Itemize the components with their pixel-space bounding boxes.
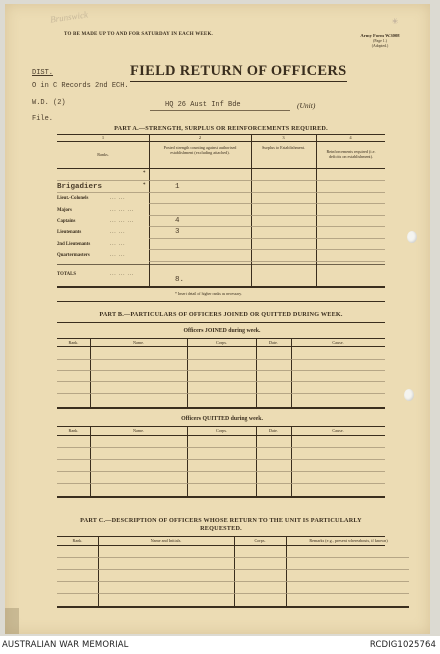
rule — [57, 496, 385, 498]
top-note: TO BE MADE UP TO AND FOR SATURDAY IN EAC… — [64, 32, 213, 37]
rule — [57, 264, 385, 265]
row-line — [57, 459, 385, 460]
rule — [57, 141, 385, 142]
column-header: Name. — [90, 340, 187, 345]
rank-label: Quartermasters — [57, 253, 90, 258]
form-number: Army Form W.3008 (Page 1.) (Adopted.) — [350, 33, 410, 50]
column-number: 2 — [149, 135, 251, 140]
punch-hole — [407, 231, 417, 243]
posted-value: 4 — [175, 217, 180, 225]
column-header: Rank. — [57, 428, 90, 433]
rule — [57, 407, 385, 409]
quitted-heading: Officers QUITTED during week. — [57, 416, 387, 422]
page-title: FIELD RETURN OF OFFICERS — [130, 63, 347, 82]
column-number: 1 — [57, 135, 149, 140]
column-divider — [234, 536, 235, 606]
rank-label: Lieutenants — [57, 230, 81, 235]
column-header: Cause. — [291, 428, 385, 433]
row-line — [57, 557, 409, 558]
part-b-heading: PART B.—PARTICULARS OF OFFICERS JOINED O… — [56, 311, 386, 318]
row-line — [57, 359, 385, 360]
row-line — [57, 447, 385, 448]
unit-underline — [150, 110, 290, 111]
part-a-heading: PART A.—STRENGTH, SURPLUS OR REINFORCEME… — [56, 125, 386, 132]
rank-label: 2nd Lieutenants — [57, 242, 90, 247]
credit-archive: AUSTRALIAN WAR MEMORIAL — [2, 640, 128, 650]
column-divider — [90, 426, 91, 496]
column-header: Cause. — [291, 340, 385, 345]
column-header: Name. — [90, 428, 187, 433]
leader-dots: ... ... — [110, 253, 125, 258]
rule — [57, 426, 385, 427]
rule — [57, 286, 385, 288]
distribution-recipient: O in C Records 2nd ECH. — [32, 82, 129, 90]
row-line — [57, 180, 385, 181]
column-divider — [286, 536, 287, 606]
row-line — [57, 593, 409, 594]
row-line — [149, 226, 385, 227]
column-header: Corps. — [234, 538, 286, 543]
credit-catalogue-id: RCDIG1025764 — [370, 640, 436, 650]
row-line — [57, 370, 385, 371]
column-header: Corps. — [187, 428, 256, 433]
column-divider — [98, 536, 99, 606]
column-header-posted: Posted strength counting against authori… — [154, 145, 246, 155]
distribution-recipient: W.D. (2) — [32, 99, 66, 107]
row-line — [57, 381, 385, 382]
asterisk-marker: * — [143, 171, 146, 176]
row-line — [57, 393, 385, 394]
column-header-ranks: Ranks. — [57, 152, 149, 157]
leader-dots: ... ... ... — [110, 208, 134, 213]
part-c-heading: PART C.—DESCRIPTION OF OFFICERS WHOSE RE… — [56, 517, 386, 524]
column-header: Date. — [256, 340, 291, 345]
rule — [57, 346, 385, 347]
column-divider — [256, 338, 257, 407]
distribution-recipient: File. — [32, 115, 53, 123]
part-c-heading-line2: REQUESTED. — [56, 525, 386, 532]
unit-label: (Unit) — [297, 101, 315, 110]
column-divider — [291, 338, 292, 407]
row-line — [57, 483, 385, 484]
column-divider — [256, 426, 257, 496]
rule — [57, 545, 385, 546]
posted-value: 1 — [175, 183, 180, 191]
row-line — [149, 261, 385, 262]
column-header: Rank. — [57, 538, 98, 543]
asterisk-marker: * — [143, 183, 146, 188]
column-header: Date. — [256, 428, 291, 433]
column-header-reinforcements: Reinforcements required (i.e. deficits o… — [320, 149, 382, 159]
unit-field[interactable]: HQ 26 Aust Inf Bde — [165, 101, 241, 109]
rule — [57, 168, 385, 169]
column-divider — [187, 338, 188, 407]
totals-label: TOTALS — [57, 272, 76, 277]
footnote: * Insert detail of higher ranks as neces… — [175, 292, 242, 296]
rank-label: Captains — [57, 219, 75, 224]
row-line — [57, 581, 409, 582]
leader-dots: ... ... — [110, 242, 125, 247]
column-header: Name and Initials. — [98, 538, 234, 543]
column-divider — [291, 426, 292, 496]
rule — [57, 338, 385, 339]
column-divider — [90, 338, 91, 407]
rule — [57, 301, 385, 302]
column-header: Corps. — [187, 340, 256, 345]
rule — [57, 322, 385, 323]
rank-label: Brigadiers — [57, 183, 102, 191]
row-line — [57, 471, 385, 472]
column-header: Rank. — [57, 340, 90, 345]
leader-dots: ... ... ... — [110, 219, 134, 224]
column-divider — [187, 426, 188, 496]
leader-dots: ... ... — [110, 230, 125, 235]
punch-hole — [404, 389, 414, 401]
rank-label: Lieut.-Colonels — [57, 196, 88, 201]
distribution-label: DIST. — [32, 69, 53, 77]
column-number: 4 — [316, 135, 385, 140]
rank-label: Majors — [57, 208, 72, 213]
row-line — [57, 569, 409, 570]
column-number: 3 — [251, 135, 316, 140]
column-header: Remarks (e.g., present whereabouts, if k… — [286, 538, 411, 543]
row-line — [149, 215, 385, 216]
row-line — [57, 192, 385, 193]
row-line — [149, 238, 385, 239]
totals-value: 8. — [175, 276, 184, 284]
rule — [57, 606, 409, 608]
leader-dots: ... ... ... — [110, 272, 134, 277]
column-header-surplus: Surplus to Establishment. — [256, 145, 311, 150]
leader-dots: ... ... — [110, 196, 125, 201]
rule — [57, 435, 385, 436]
posted-value: 3 — [175, 228, 180, 236]
row-line — [149, 249, 385, 250]
form-adopted: (Adopted.) — [350, 44, 410, 50]
joined-heading: Officers JOINED during week. — [57, 328, 387, 334]
rule — [57, 536, 385, 537]
row-line — [149, 203, 385, 204]
